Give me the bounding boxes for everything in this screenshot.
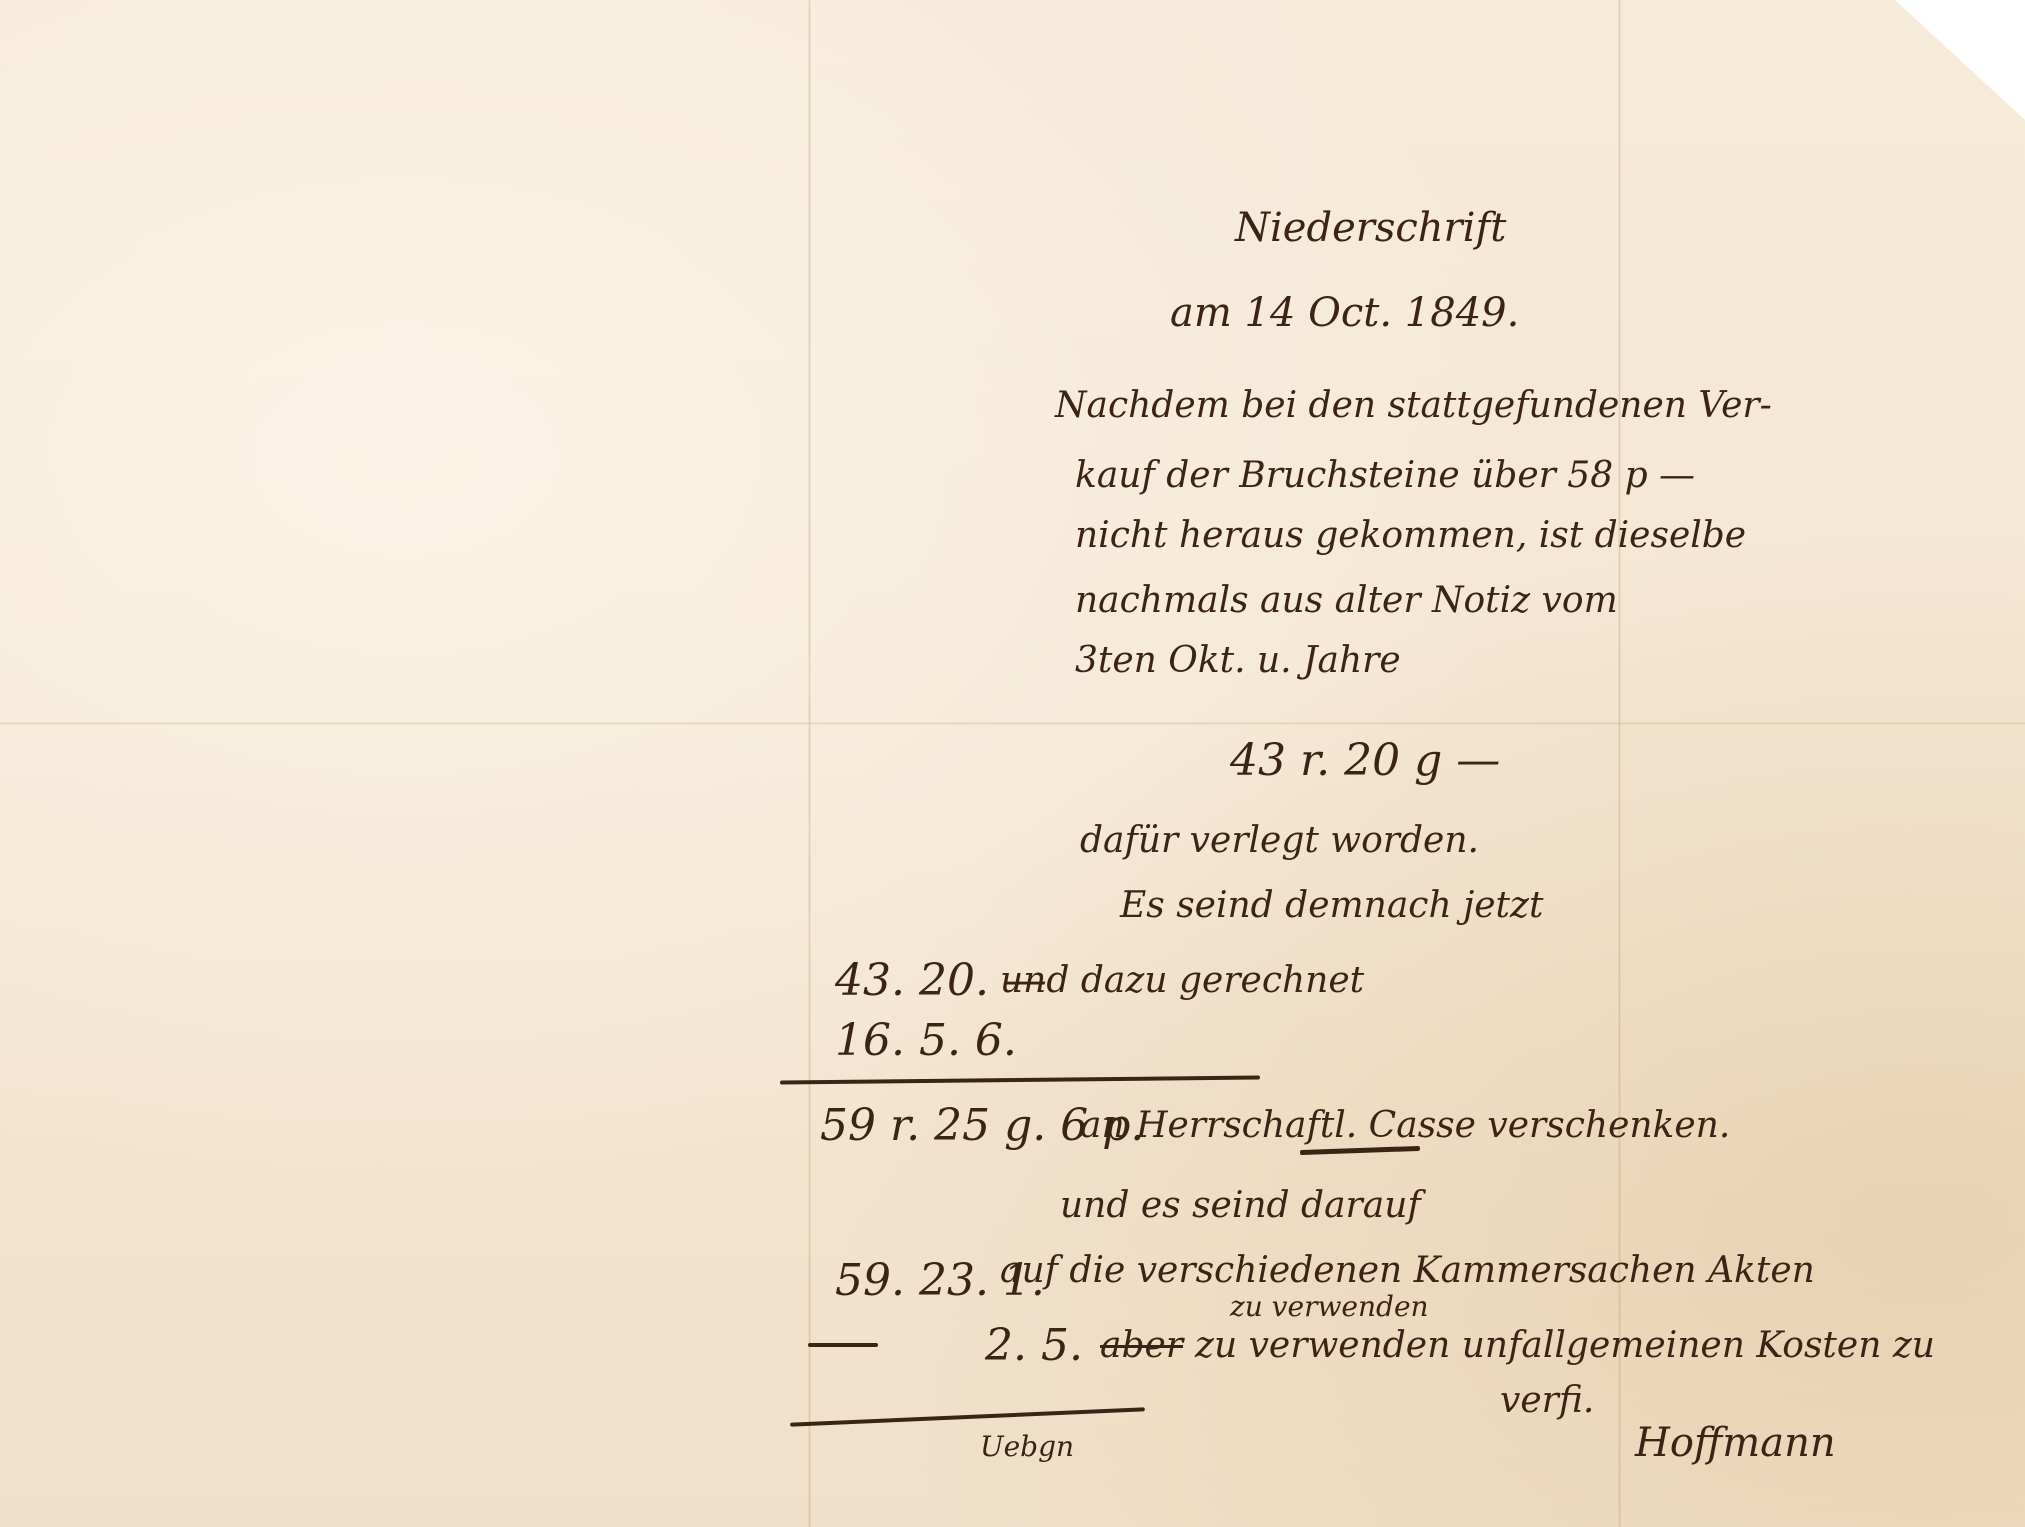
closing-word: verfi. [1500, 1380, 1594, 1421]
paragraph-line: nicht heraus gekommen, ist dieselbe [1075, 515, 1746, 556]
fold-line-vertical [1618, 0, 1621, 1527]
calc-row-note: und dazu gerechnet [1000, 960, 1364, 1001]
calc-total-note: an Herrschaftl. Casse verschenken. [1080, 1105, 1730, 1146]
amount: 43 r. 20 g — [1230, 735, 1500, 786]
calc-row-note: zu verwenden unfallgemeinen Kosten zu [1195, 1325, 1935, 1366]
calc-row-value: 16. 5. 6. [835, 1015, 1017, 1066]
second-intro: und es seind darauf [1060, 1185, 1421, 1226]
calc-row-note: auf die verschiedenen Kammersachen Akten [1000, 1250, 1815, 1291]
document-date: am 14 Oct. 1849. [1170, 290, 1519, 336]
calculation-intro: Es seind demnach jetzt [1120, 885, 1543, 926]
paragraph-line: nachmals aus alter Notiz vom [1075, 580, 1618, 621]
paragraph-line: kauf der Bruchsteine über 58 p — [1075, 455, 1695, 496]
calc-row-value: 2. 5. [985, 1320, 1083, 1371]
short-rule [808, 1343, 878, 1347]
paragraph-line: 3ten Okt. u. Jahre [1075, 640, 1401, 681]
paragraph-line: Nachdem bei den stattgefundenen Ver- [1055, 385, 1772, 426]
signature: Hoffmann [1635, 1420, 1836, 1466]
fold-line-vertical [808, 0, 811, 1527]
fold-line-horizontal [0, 722, 2025, 725]
interlinear-note: zu verwenden [1230, 1290, 1429, 1323]
under-rule-note: Uebgn [980, 1430, 1074, 1463]
document-title: Niederschrift [1235, 205, 1506, 251]
struck-word: aber [1100, 1325, 1183, 1366]
amount-note: dafür verlegt worden. [1080, 820, 1479, 861]
